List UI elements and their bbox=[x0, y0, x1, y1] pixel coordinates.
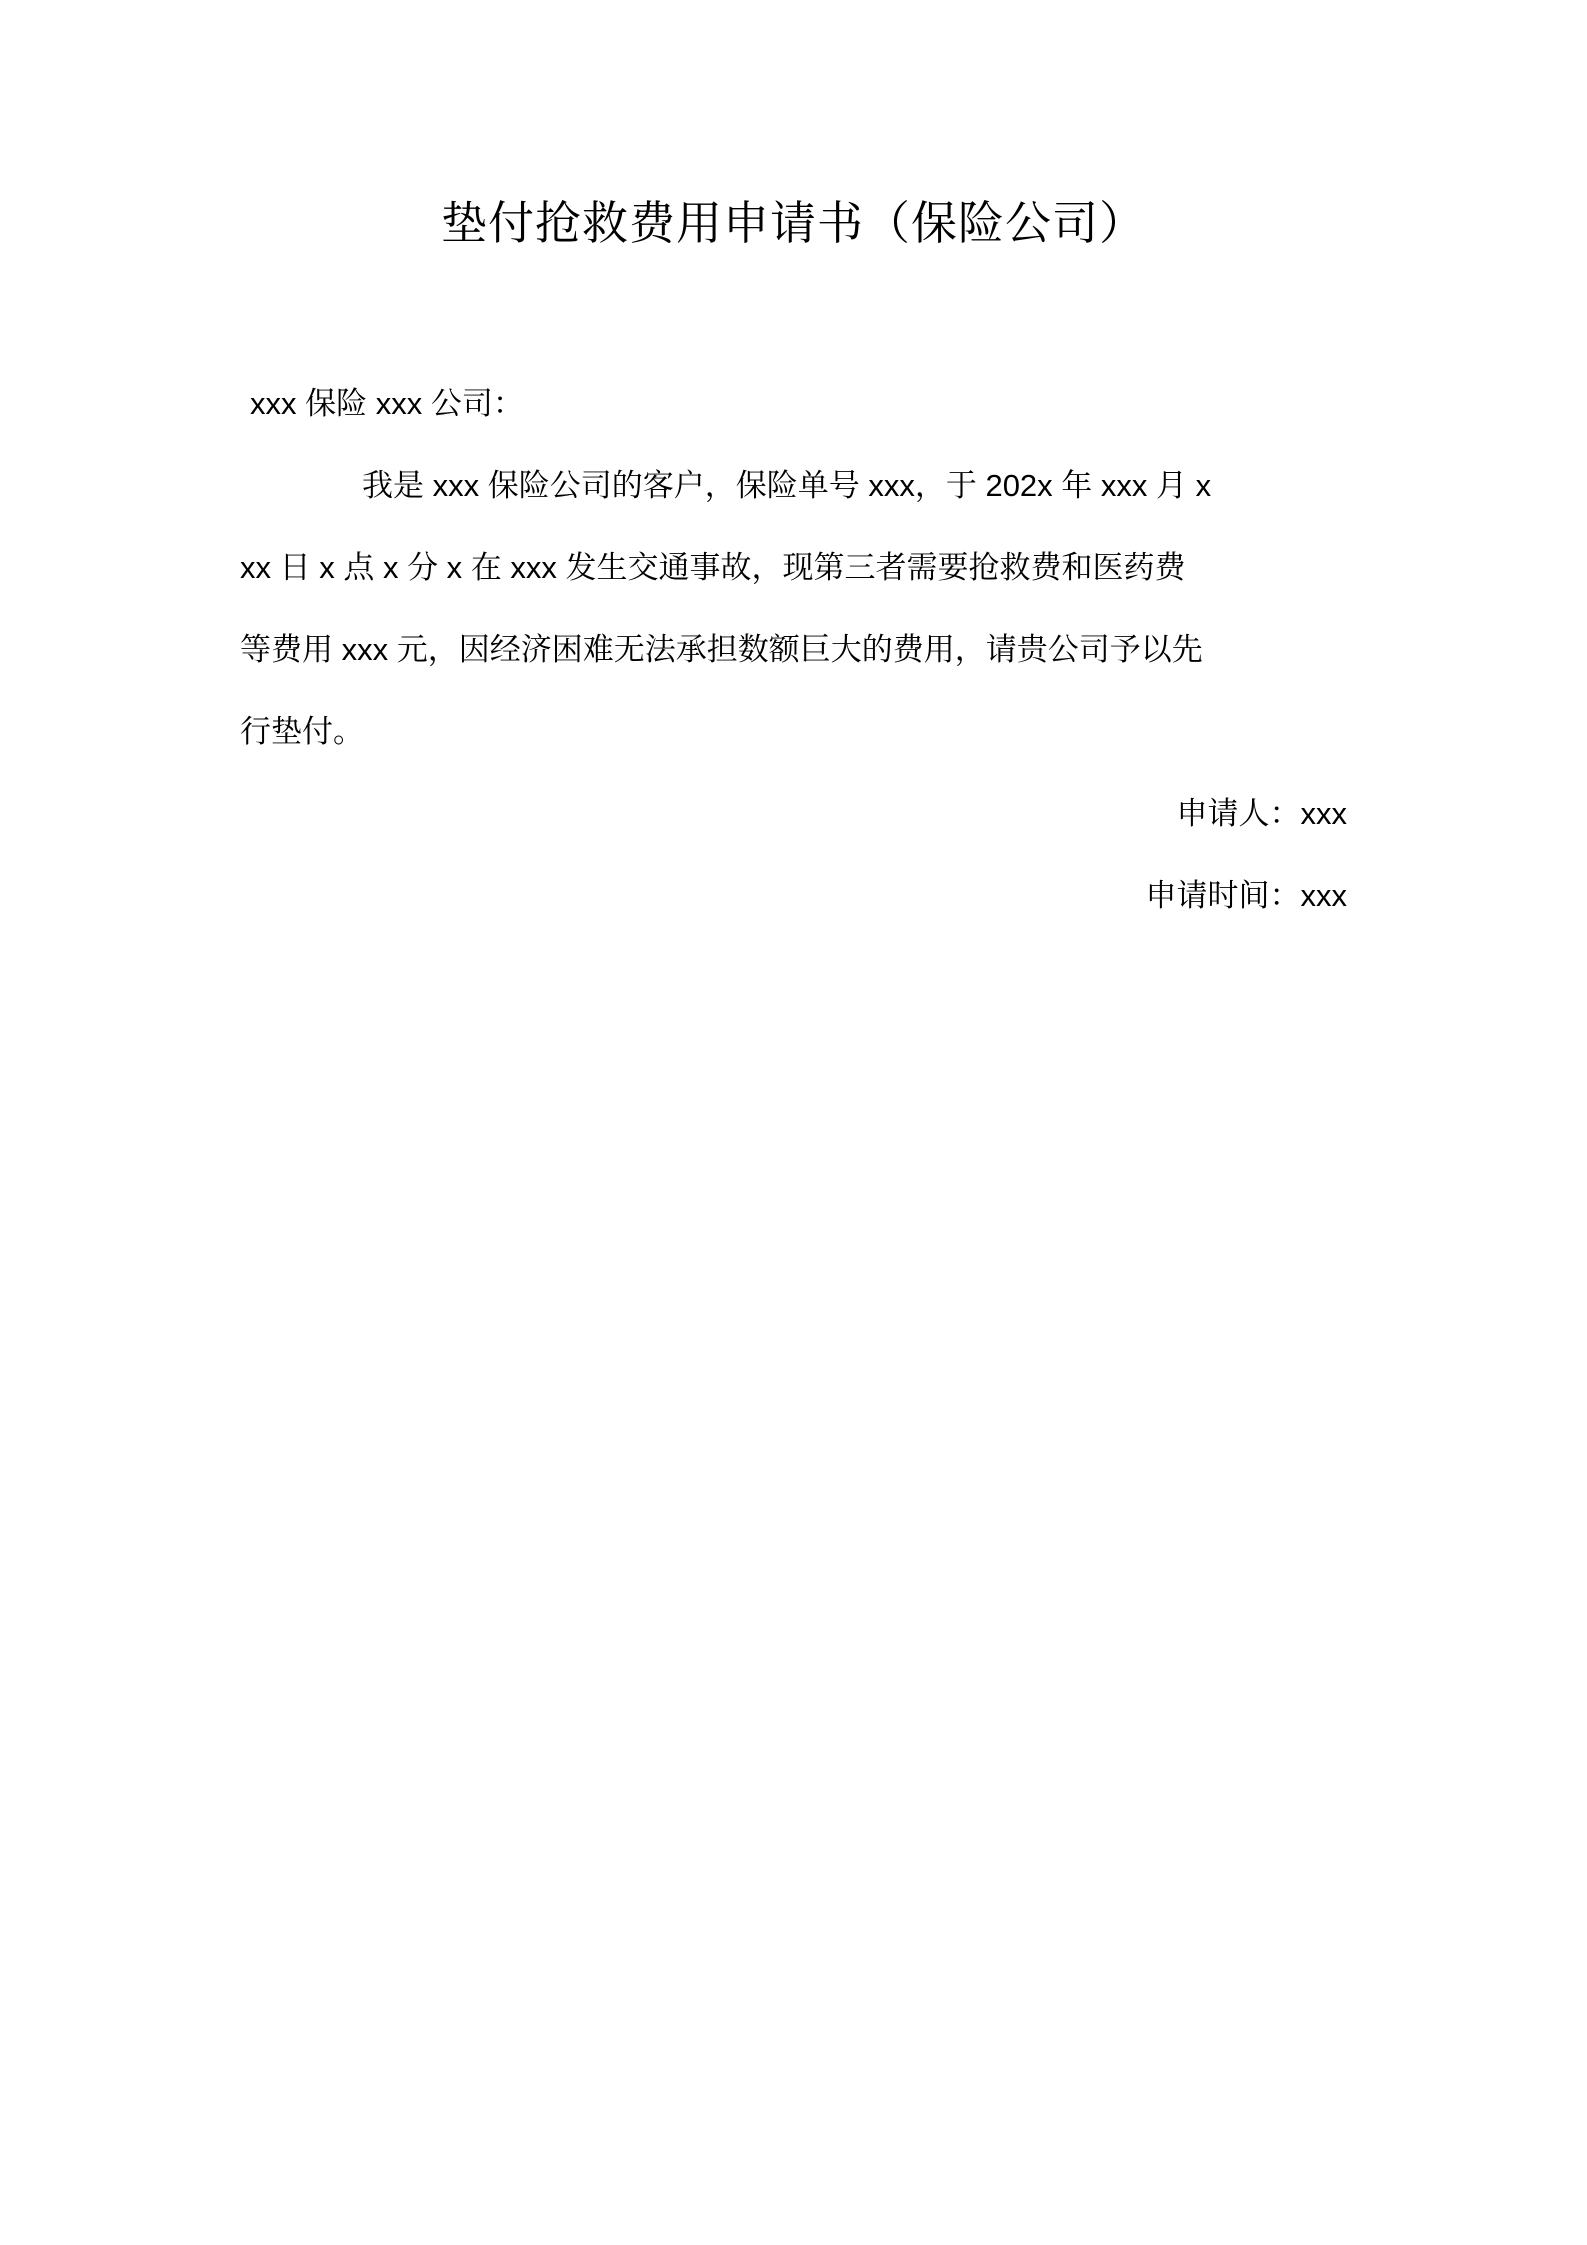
apply-time-line: 申请时间：xxx bbox=[240, 855, 1347, 937]
applicant-signature-line: 申请人：xxx bbox=[240, 773, 1347, 855]
document-content: 垫付抢救费用申请书（保险公司） xxx 保险 xxx 公司： 我是 xxx 保险… bbox=[0, 190, 1587, 937]
paragraph-line: xx 日 x 点 x 分 x 在 xxx 发生交通事故，现第三者需要抢救费和医药… bbox=[240, 527, 1347, 609]
paragraph-line: 行垫付。 bbox=[240, 691, 1347, 773]
paragraph-line: 我是 xxx 保险公司的客户，保险单号 xxx，于 202x 年 xxx 月 x bbox=[240, 445, 1347, 527]
document-title: 垫付抢救费用申请书（保险公司） bbox=[240, 190, 1347, 256]
document-body: xxx 保险 xxx 公司： 我是 xxx 保险公司的客户，保险单号 xxx，于… bbox=[240, 363, 1347, 937]
greeting-line: xxx 保险 xxx 公司： bbox=[240, 363, 1347, 445]
paragraph-line: 等费用 xxx 元，因经济困难无法承担数额巨大的费用，请贵公司予以先 bbox=[240, 609, 1347, 691]
document-page: 垫付抢救费用申请书（保险公司） xxx 保险 xxx 公司： 我是 xxx 保险… bbox=[0, 0, 1587, 2245]
